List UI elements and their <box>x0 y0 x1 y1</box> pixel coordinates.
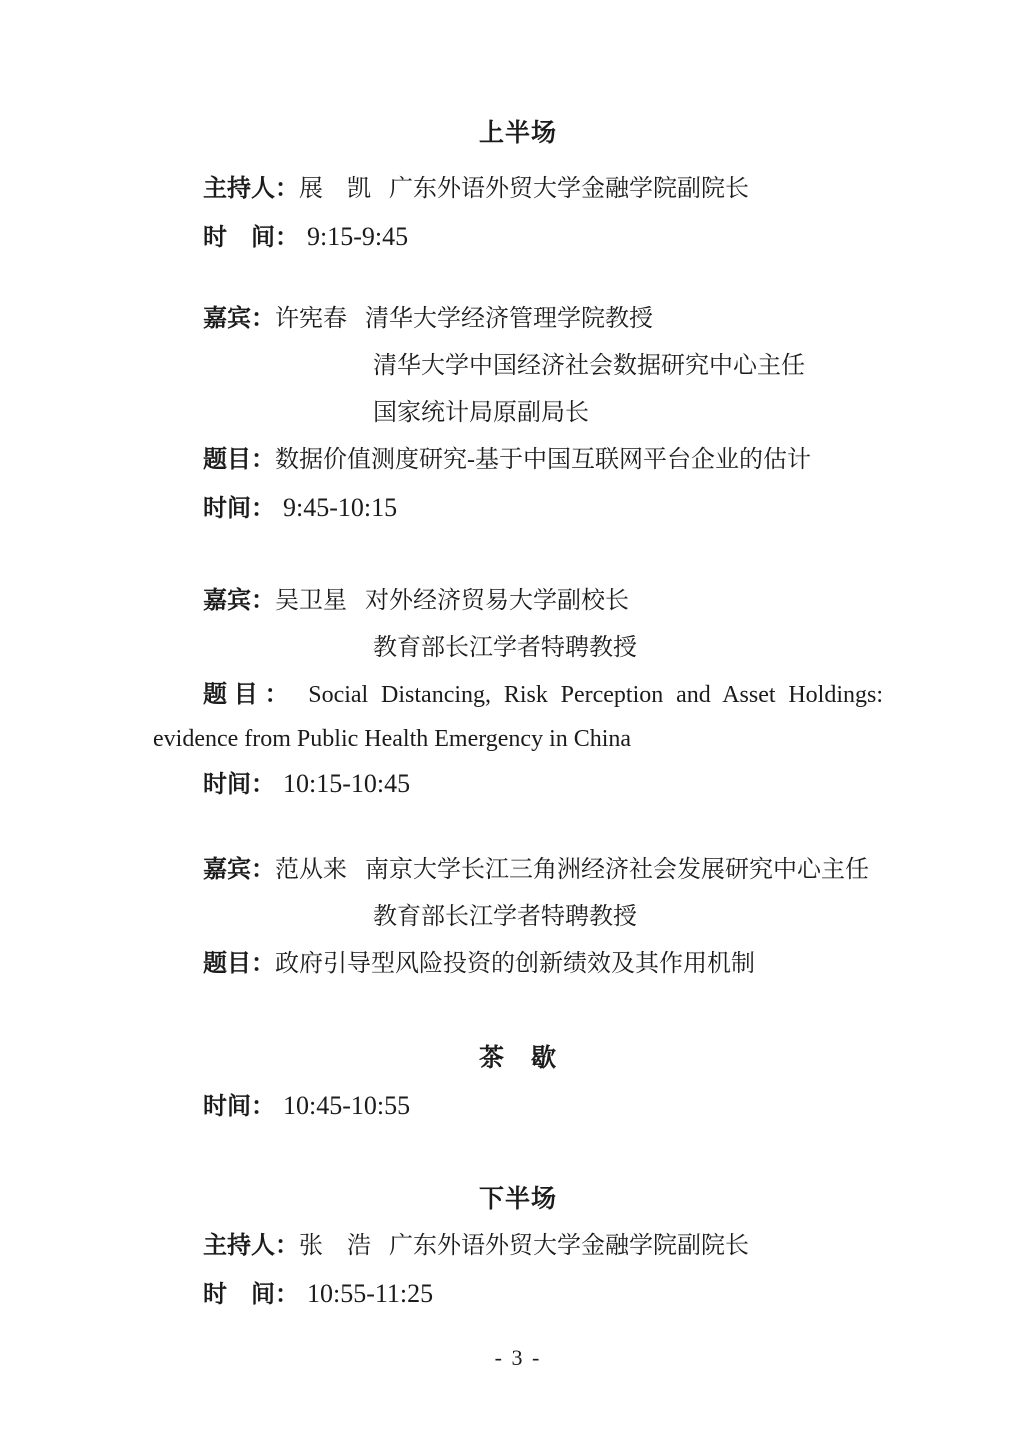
topic-line-continued: evidence from Public Health Emergency in… <box>153 719 883 760</box>
guest-line: 嘉宾：吴卫星对外经济贸易大学副校长 <box>153 578 883 625</box>
topic-label: 题目： <box>203 447 275 473</box>
guest-affiliation: 南京大学长江三角洲经济社会发展研究中心主任 <box>365 857 869 883</box>
guest-affiliation: 教育部长江学者特聘教授 <box>373 904 637 930</box>
time-label: 时间： <box>203 496 275 522</box>
talk-time-line: 时间：9:45-10:15 <box>153 484 883 533</box>
guest-affiliation: 教育部长江学者特聘教授 <box>373 635 637 661</box>
guest-affiliation: 对外经济贸易大学副校长 <box>365 588 629 614</box>
topic-text: evidence from Public Health Emergency in… <box>153 726 631 752</box>
topic-line: 题目： Social Distancing, Risk Perception a… <box>153 672 883 719</box>
topic-label: 题目： <box>203 951 275 977</box>
guest-label: 嘉宾： <box>203 857 275 883</box>
document-page: 上半场 主持人：展 凯广东外语外贸大学金融学院副院长 时 间：9:15-9:45… <box>153 0 883 1373</box>
topic-text: 数据价值测度研究-基于中国互联网平台企业的估计 <box>275 447 811 473</box>
topic-line: 题目：政府引导型风险投资的创新绩效及其作用机制 <box>153 941 883 988</box>
affiliation-line: 教育部长江学者特聘教授 <box>153 894 883 941</box>
affiliation-line: 清华大学中国经济社会数据研究中心主任 <box>153 343 883 390</box>
time-value: 9:45-10:15 <box>283 493 397 522</box>
guest-affiliation: 清华大学经济管理学院教授 <box>365 306 653 332</box>
session-time-line: 时 间：10:55-11:25 <box>153 1270 883 1319</box>
moderator-label: 主持人： <box>203 1233 299 1259</box>
topic-line: 题目：数据价值测度研究-基于中国互联网平台企业的估计 <box>153 437 883 484</box>
topic-text: Social Distancing, Risk Perception and A… <box>308 682 883 708</box>
moderator-line: 主持人：展 凯广东外语外贸大学金融学院副院长 <box>153 166 883 213</box>
guest-name: 吴卫星 <box>275 588 347 614</box>
time-value: 10:15-10:45 <box>283 769 410 798</box>
second-half-heading: 下半场 <box>153 1176 883 1223</box>
guest-label: 嘉宾： <box>203 588 275 614</box>
session-time-line: 时 间：9:15-9:45 <box>153 213 883 262</box>
guest-name: 范从来 <box>275 857 347 883</box>
topic-text: 政府引导型风险投资的创新绩效及其作用机制 <box>275 951 755 977</box>
affiliation-line: 教育部长江学者特聘教授 <box>153 625 883 672</box>
guest-affiliation: 清华大学中国经济社会数据研究中心主任 <box>373 353 805 379</box>
page-number: - 3 - <box>153 1343 883 1373</box>
moderator-affiliation: 广东外语外贸大学金融学院副院长 <box>389 176 749 202</box>
time-value: 10:55-11:25 <box>307 1279 433 1308</box>
guest-affiliation: 国家统计局原副局长 <box>373 400 589 426</box>
affiliation-line: 国家统计局原副局长 <box>153 390 883 437</box>
first-half-heading: 上半场 <box>153 110 883 157</box>
guest-line: 嘉宾：许宪春清华大学经济管理学院教授 <box>153 296 883 343</box>
time-value: 9:15-9:45 <box>307 222 408 251</box>
guest-line: 嘉宾：范从来南京大学长江三角洲经济社会发展研究中心主任 <box>153 847 883 894</box>
moderator-name: 张 浩 <box>299 1233 371 1259</box>
guest-label: 嘉宾： <box>203 306 275 332</box>
time-label: 时间： <box>203 772 275 798</box>
moderator-name: 展 凯 <box>299 176 371 202</box>
moderator-label: 主持人： <box>203 176 299 202</box>
moderator-line: 主持人：张 浩广东外语外贸大学金融学院副院长 <box>153 1223 883 1270</box>
time-label: 时间： <box>203 1094 275 1120</box>
time-value: 10:45-10:55 <box>283 1091 410 1120</box>
topic-label: 题目： <box>203 682 295 708</box>
talk-time-line: 时间：10:15-10:45 <box>153 760 883 809</box>
guest-name: 许宪春 <box>275 306 347 332</box>
time-label: 时 间： <box>203 225 299 251</box>
time-label: 时 间： <box>203 1282 299 1308</box>
moderator-affiliation: 广东外语外贸大学金融学院副院长 <box>389 1233 749 1259</box>
tea-break-heading: 茶 歇 <box>153 1035 883 1082</box>
tea-break-time-line: 时间：10:45-10:55 <box>153 1082 883 1131</box>
